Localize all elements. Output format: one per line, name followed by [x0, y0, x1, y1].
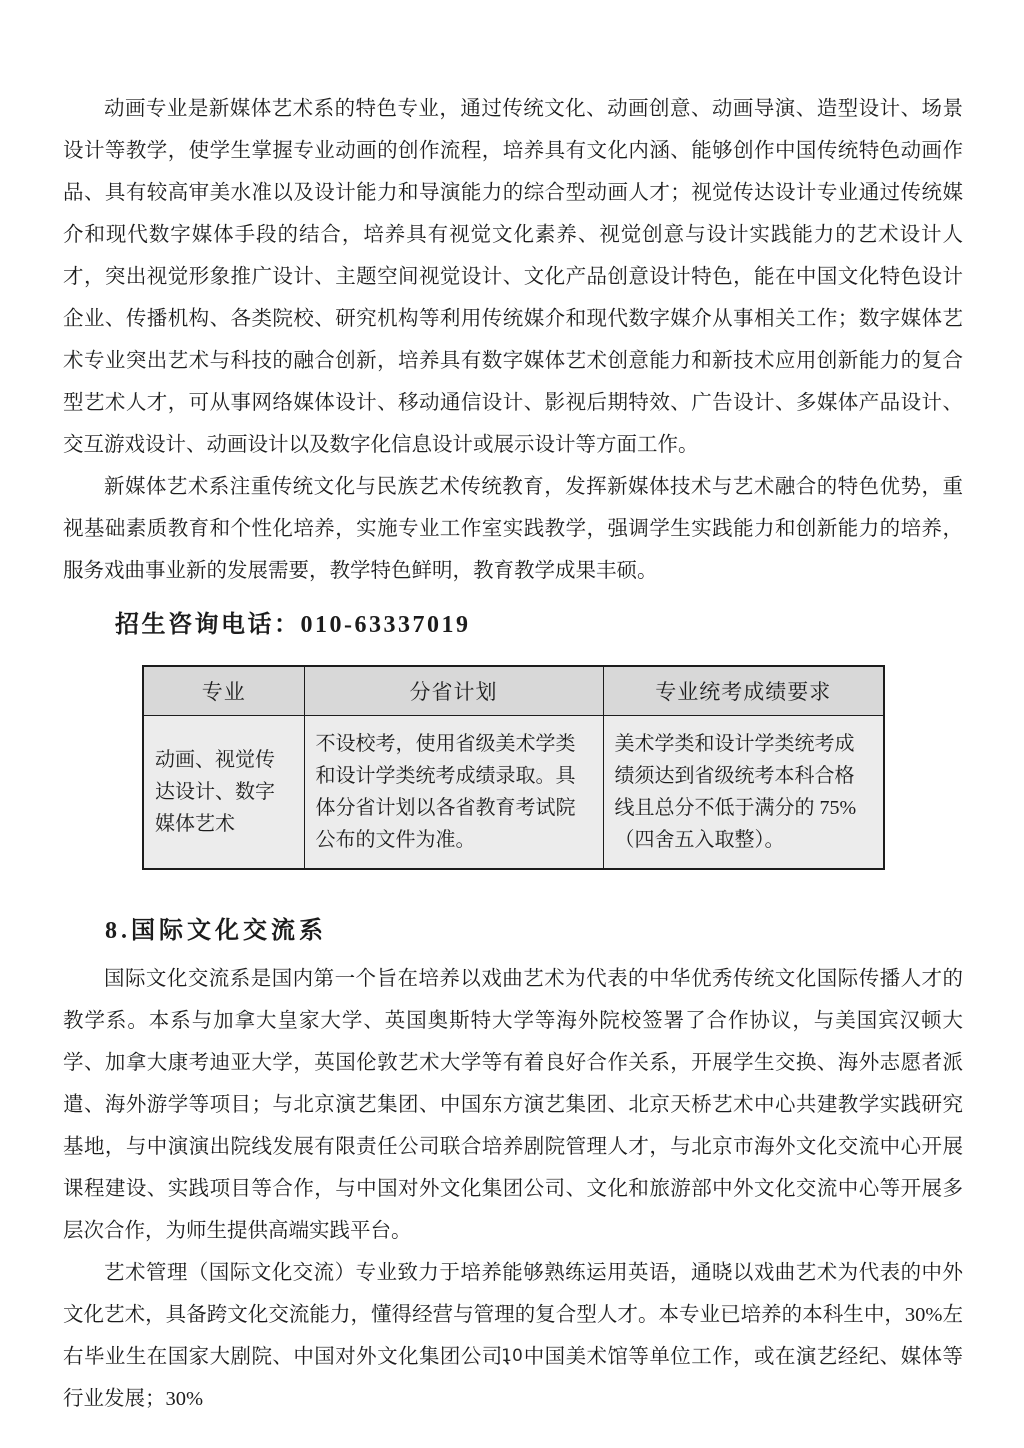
table-header-row: 专业 分省计划 专业统考成绩要求 — [143, 666, 884, 716]
paragraph-new-media-dept: 新媒体艺术系注重传统文化与民族艺术传统教育，发挥新媒体技术与艺术融合的特色优势，… — [63, 466, 963, 592]
admission-table-container: 专业 分省计划 专业统考成绩要求 动画、视觉传达设计、数字媒体艺术 不设校考，使… — [142, 665, 963, 870]
paragraph-intl-culture-dept: 国际文化交流系是国内第一个旨在培养以戏曲艺术为代表的中华优秀传统文化国际传播人才… — [63, 958, 963, 1252]
cell-major: 动画、视觉传达设计、数字媒体艺术 — [143, 716, 304, 870]
page-content: 动画专业是新媒体艺术系的特色专业，通过传统文化、动画创意、动画导演、造型设计、场… — [63, 88, 963, 1420]
cell-score-requirement: 美术学类和设计学类统考成绩须达到省级统考本科合格线且总分不低于满分的 75%（四… — [603, 716, 884, 870]
table-row: 动画、视觉传达设计、数字媒体艺术 不设校考，使用省级美术学类和设计学类统考成绩录… — [143, 716, 884, 870]
header-cell-provincial-plan: 分省计划 — [304, 666, 603, 716]
header-cell-major: 专业 — [143, 666, 304, 716]
section-heading-intl-culture-dept: 8.国际文化交流系 — [105, 910, 963, 945]
cell-provincial-plan: 不设校考，使用省级美术学类和设计学类统考成绩录取。具体分省计划以各省教育考试院公… — [304, 716, 603, 870]
header-cell-score-requirement: 专业统考成绩要求 — [603, 666, 884, 716]
admission-phone-line: 招生咨询电话：010-63337019 — [63, 604, 963, 639]
document-page: 动画专业是新媒体艺术系的特色专业，通过传统文化、动画创意、动画导演、造型设计、场… — [0, 0, 1024, 1448]
admission-requirements-table: 专业 分省计划 专业统考成绩要求 动画、视觉传达设计、数字媒体艺术 不设校考，使… — [142, 665, 885, 870]
paragraph-animation-major: 动画专业是新媒体艺术系的特色专业，通过传统文化、动画创意、动画导演、造型设计、场… — [63, 88, 963, 466]
page-number: 10 — [0, 1346, 1024, 1366]
paragraph-art-management-major: 艺术管理（国际文化交流）专业致力于培养能够熟练运用英语，通晓以戏曲艺术为代表的中… — [63, 1252, 963, 1420]
